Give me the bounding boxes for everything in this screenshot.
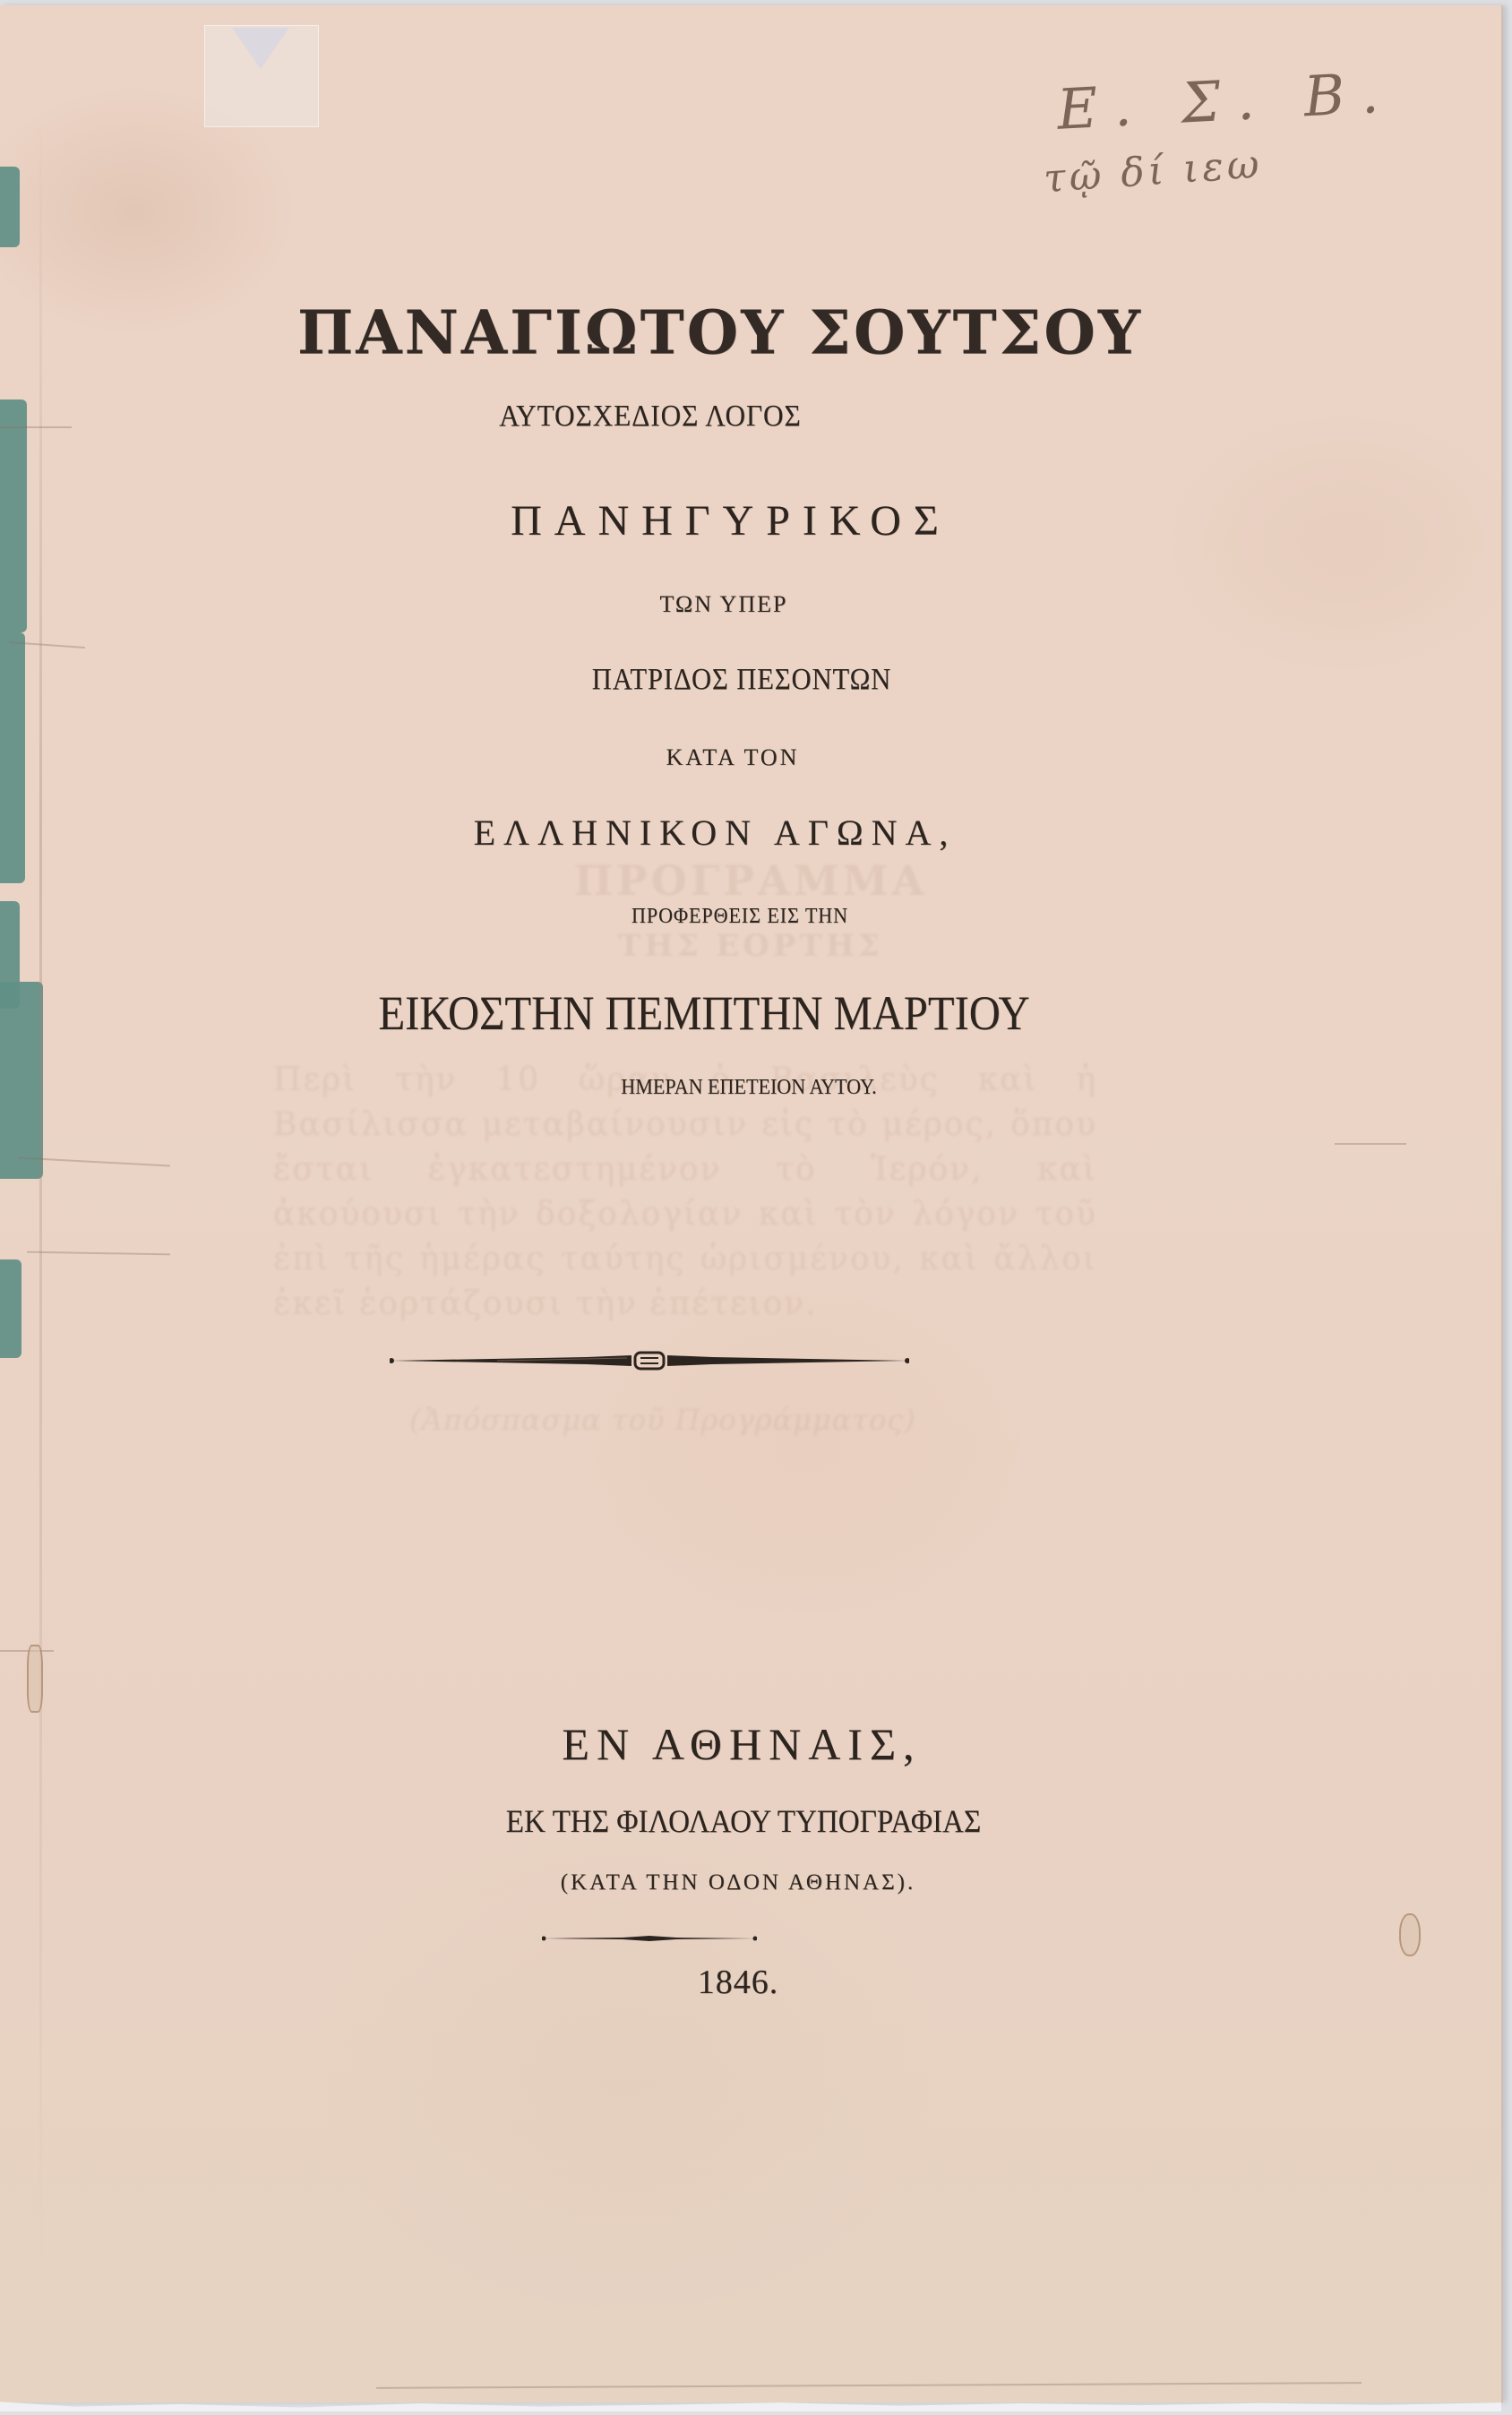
bleed-through-subheading: ΤΗΣ ΕΟΡΤΗΣ xyxy=(0,928,1501,964)
paper-hole xyxy=(1399,1913,1421,1956)
title-line-kata-ton: ΚΑΤΑ ΤΟΝ xyxy=(0,744,1483,771)
title-page: ΠΡΟΓΡΑΜΜΑ ΤΗΣ ΕΟΡΤΗΣ Περὶ τὴν 10 ὥραν ὁ … xyxy=(0,5,1503,2402)
title-line-proferthis: ΠΡΟΦΕΡΘΕΙΣ ΕΙΣ ΤΗΝ xyxy=(49,905,1430,929)
title-line-date: ΕΙΚΟΣΤΗΝ ΠΕΜΠΤΗΝ ΜΑΡΤΙΟΥ xyxy=(29,985,1379,1041)
paper-crease xyxy=(27,1251,170,1256)
title-line-patridos: ΠΑΤΡΙΔΟΣ ΠΕΣΟΝΤΩΝ xyxy=(66,663,1417,697)
author-name: ΠΑΝΑΓΙΩΤΟΥ ΣΟΥΤΣΟΥ xyxy=(0,297,1471,368)
handwritten-initials: Ε. Σ. Β. xyxy=(1055,59,1396,142)
paper-hole xyxy=(27,1645,43,1713)
paper-crease xyxy=(0,1650,54,1652)
imprint-address: (ΚΑΤΑ ΤΗΝ ΟΔΟΝ ΑΘΗΝΑΣ). xyxy=(0,1870,1489,1895)
handwritten-dedication: τῷ δί ιεω xyxy=(1043,142,1265,202)
binding-strip-fragment xyxy=(0,167,20,247)
tape-patch xyxy=(204,25,319,127)
main-title-panegyric: ΠΑΝΗΓΥΡΙΚΟΣ xyxy=(0,496,1482,546)
paper-crease xyxy=(1335,1143,1406,1145)
title-line-ellinikon-agona: ΕΛΛΗΝΙΚΟΝ ΑΓΩΝΑ, xyxy=(0,812,1465,854)
imprint-rule xyxy=(542,1933,757,1944)
ornamental-rule xyxy=(390,1347,909,1374)
spine-fold-line xyxy=(39,113,42,2263)
title-line-anniversary: ΗΜΕΡΑΝ ΕΠΕΤΕΙΟΝ ΑΥΤΟΥ. xyxy=(58,1076,1439,1100)
imprint-place: ΕΝ ΑΘΗΝΑΙΣ, xyxy=(0,1718,1492,1770)
binding-strip-fragment xyxy=(0,1259,21,1358)
bleed-through-heading: ΠΡΟΓΡΑΜΜΑ xyxy=(0,856,1501,905)
imprint-printer: ΕΚ ΤΗΣ ΦΙΛΟΛΑΟΥ ΤΥΠΟΓΡΑΦΙΑΣ xyxy=(53,1802,1434,1840)
subtitle-improvised-speech: ΑΥΤΟΣΧΕΔΙΟΣ ΛΟΓΟΣ xyxy=(0,400,1341,434)
bleed-through-closing: (Ἀπόσπασμα τοῦ Προγράμματος) xyxy=(296,1403,1030,1437)
title-line-ton-yper: ΤΩΝ ΥΠΕΡ xyxy=(0,591,1474,618)
publication-year: 1846. xyxy=(0,1963,1489,2002)
scanned-page-background: ΠΡΟΓΡΑΜΜΑ ΤΗΣ ΕΟΡΤΗΣ Περὶ τὴν 10 ὥραν ὁ … xyxy=(0,0,1512,2415)
paper-crease xyxy=(376,2382,1362,2389)
